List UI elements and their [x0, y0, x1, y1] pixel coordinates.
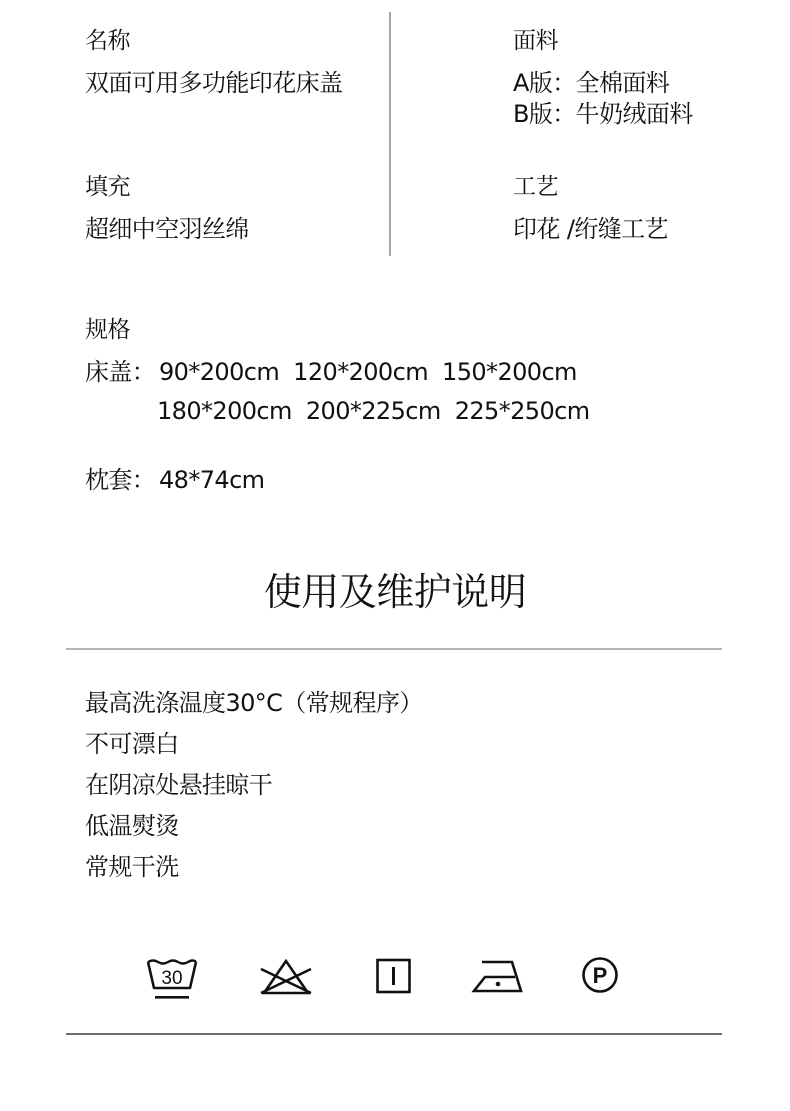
filling-value: 超细中空羽丝绵 [85, 214, 249, 244]
fabric-value-b: B版：牛奶绒面料 [513, 99, 693, 129]
bedspread-sizes-line2: 180*200cm 200*225cm 225*250cm [157, 396, 590, 426]
sizes-label: 规格 [85, 316, 130, 344]
filling-label: 填充 [85, 173, 130, 201]
bedspread-sizes-line1: 90*200cm 120*200cm 150*200cm [159, 357, 577, 387]
fabric-label: 面料 [513, 27, 558, 55]
pillowcase-prefix: 枕套： [85, 465, 155, 495]
dry-clean-p-icon: P [580, 955, 620, 997]
fabric-value-a: A版：全棉面料 [513, 68, 669, 98]
do-not-bleach-icon [258, 955, 314, 997]
care-item-low-iron: 低温熨烫 [85, 811, 179, 841]
wash-30-gentle-icon: 30 [145, 955, 199, 997]
care-item-wash-temp: 最高洗涤温度30°C（常规程序） [85, 688, 423, 718]
bottom-divider [66, 1033, 722, 1035]
svg-text:P: P [593, 963, 608, 988]
bedspread-prefix: 床盖： [85, 357, 155, 387]
care-item-dry-clean: 常规干洗 [85, 852, 179, 882]
name-label: 名称 [85, 27, 130, 55]
care-item-no-bleach: 不可漂白 [85, 729, 179, 759]
iron-low-icon [471, 955, 525, 997]
svg-text:30: 30 [161, 968, 182, 989]
line-dry-icon [375, 955, 413, 997]
craft-value: 印花 /绗缝工艺 [513, 214, 668, 244]
column-divider [389, 12, 391, 256]
care-item-dry-shade: 在阴凉处悬挂晾干 [85, 770, 272, 800]
pillowcase-size: 48*74cm [159, 465, 264, 495]
care-title: 使用及维护说明 [0, 568, 790, 616]
care-divider-top [66, 648, 722, 650]
craft-label: 工艺 [513, 173, 558, 201]
name-value: 双面可用多功能印花床盖 [85, 68, 342, 98]
